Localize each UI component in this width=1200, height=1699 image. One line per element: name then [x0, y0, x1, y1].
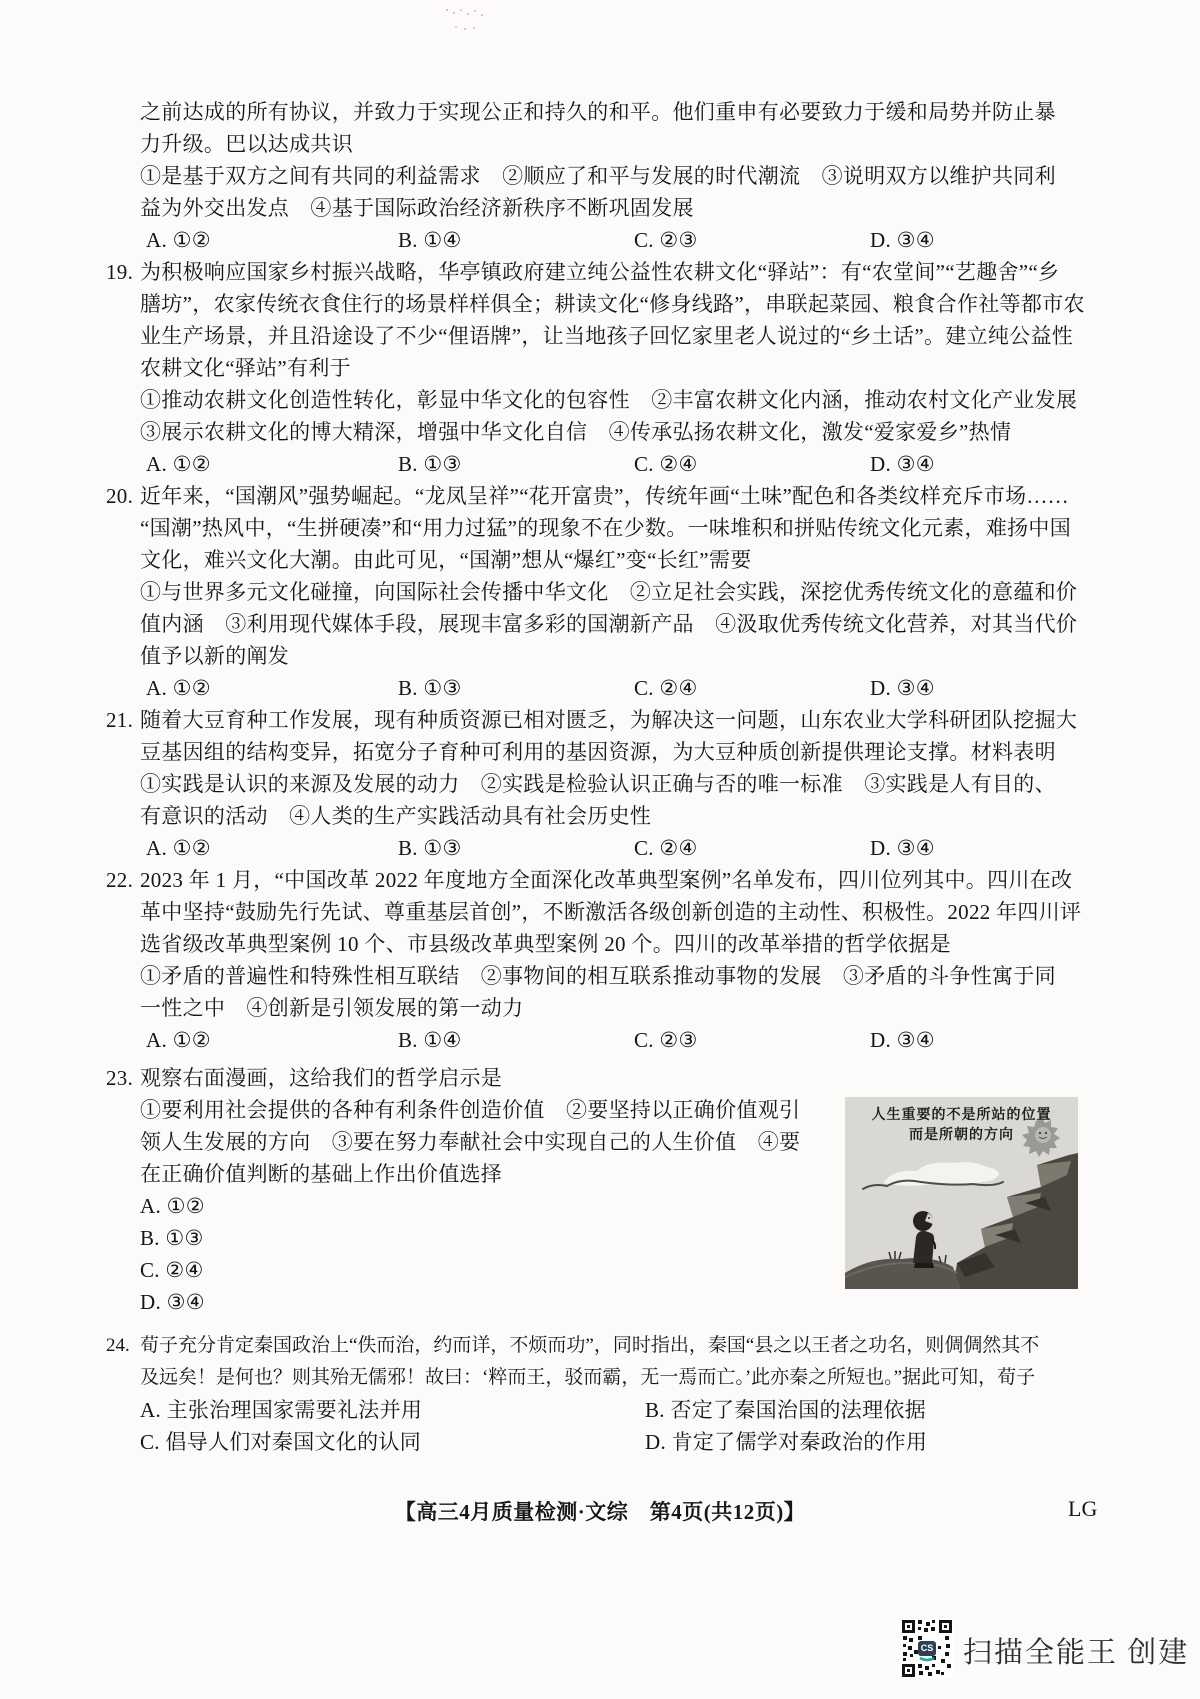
q21-line-3: ①实践是认识的来源及发展的动力 ②实践是检验认识正确与否的唯一标准 ③实践是人有…: [0, 768, 1200, 800]
q19-options-row: A. ①② B. ①③ C. ②④ D. ③④: [0, 448, 1200, 480]
q20-line-6: 值予以新的阐发: [0, 640, 1200, 672]
q22-option-b: B. ①④: [398, 1024, 462, 1056]
q24-option-a: A. 主张治理国家需要礼法并用: [140, 1394, 422, 1426]
q18-option-b: B. ①④: [398, 224, 462, 256]
q24-option-c: C. 倡导人们对秦国文化的认同: [140, 1426, 421, 1458]
q22-option-d: D. ③④: [870, 1024, 935, 1056]
q22-line-2: 革中坚持“鼓励先行先试、尊重基层首创”，不断激活各级创新创造的主动性、积极性。2…: [0, 896, 1200, 928]
q24-options-row-2: C. 倡导人们对秦国文化的认同 D. 肯定了儒学对秦政治的作用: [0, 1426, 1200, 1458]
q21-number: 21.: [106, 704, 140, 736]
q19-line-1: 为积极响应国家乡村振兴战略，华亭镇政府建立纯公益性农耕文化“驿站”：有“农堂间”…: [140, 260, 1059, 284]
q21-option-d: D. ③④: [870, 832, 935, 864]
q20-option-a: A. ①②: [146, 672, 211, 704]
page-footer: 【高三4月质量检测·文综 第4页(共12页)】: [0, 1496, 1200, 1526]
q18-line-1: 之前达成的所有协议，并致力于实现公正和持久的和平。他们重申有必要致力于缓和局势并…: [0, 96, 1200, 128]
q21-option-a: A. ①②: [146, 832, 211, 864]
q21-start-line: 21.随着大豆育种工作发展，现有种质资源已相对匮乏，为解决这一问题，山东农业大学…: [0, 704, 1200, 736]
q20-option-c: C. ②④: [634, 672, 698, 704]
q20-start-line: 20.近年来，“国潮风”强势崛起。“龙凤呈祥”“花开富贵”，传统年画“土味”配色…: [0, 480, 1200, 512]
q18-option-a: A. ①②: [146, 224, 211, 256]
logo-text: CS: [921, 1643, 934, 1653]
q21-line-2: 豆基因组的结构变异，拓宽分子育种可利用的基因资源，为大豆种质创新提供理论支撑。材…: [0, 736, 1200, 768]
q19-line-6: ③展示农耕文化的博大精深，增强中华文化自信 ④传承弘扬农耕文化，激发“爱家爱乡”…: [0, 416, 1200, 448]
q23-option-d: D. ③④: [0, 1286, 1200, 1318]
q19-start-line: 19.为积极响应国家乡村振兴战略，华亭镇政府建立纯公益性农耕文化“驿站”：有“农…: [0, 256, 1200, 288]
q22-options-row: A. ①② B. ①④ C. ②③ D. ③④: [0, 1024, 1200, 1056]
q24-line-1: 荀子充分肯定秦国政治上“佚而治，约而详，不烦而功”，同时指出，秦国“县之以王者之…: [140, 1335, 1039, 1356]
q18-line-3: ①是基于双方之间有共同的利益需求 ②顺应了和平与发展的时代潮流 ③说明双方以维护…: [0, 160, 1200, 192]
q22-number: 22.: [106, 864, 140, 896]
q20-number: 20.: [106, 480, 140, 512]
q22-line-5: 一性之中 ④创新是引领发展的第一动力: [0, 992, 1200, 1024]
q24-option-d: D. 肯定了儒学对秦政治的作用: [645, 1426, 927, 1458]
q23-stem: 观察右面漫画，这给我们的哲学启示是: [140, 1066, 502, 1090]
q20-options-row: A. ①② B. ①③ C. ②④ D. ③④: [0, 672, 1200, 704]
q22-option-c: C. ②③: [634, 1024, 698, 1056]
person-figure: [913, 1211, 935, 1268]
q20-line-4: ①与世界多元文化碰撞，向国际社会传播中华文化 ②立足社会实践，深挖优秀传统文化的…: [0, 576, 1200, 608]
q20-line-1: 近年来，“国潮风”强势崛起。“龙凤呈祥”“花开富贵”，传统年画“土味”配色和各类…: [140, 484, 1069, 508]
scan-noise-specks: [446, 9, 448, 11]
q20-line-5: 值内涵 ③利用现代媒体手段，展现丰富多彩的国潮新产品 ④汲取优秀传统文化营养，对…: [0, 608, 1200, 640]
scanner-watermark-label: 扫描全能王 创建: [963, 1630, 1189, 1671]
q22-line-4: ①矛盾的普遍性和特殊性相互联结 ②事物间的相互联系推动事物的发展 ③矛盾的斗争性…: [0, 960, 1200, 992]
q20-line-3: 文化，难兴文化大潮。由此可见，“国潮”想从“爆红”变“长红”需要: [0, 544, 1200, 576]
q19-option-b: B. ①③: [398, 448, 462, 480]
spacer: [0, 1318, 1200, 1330]
q19-line-5: ①推动农耕文化创造性转化，彰显中华文化的包容性 ②丰富农耕文化内涵，推动农村文化…: [0, 384, 1200, 416]
q21-option-b: B. ①③: [398, 832, 462, 864]
q21-option-c: C. ②④: [634, 832, 698, 864]
q24-options-row-1: A. 主张治理国家需要礼法并用 B. 否定了秦国治国的法理依据: [0, 1394, 1200, 1426]
q24-line-2: 及远矣！是何也？则其殆无儒邪！故曰：‘粹而王，驳而霸，无一焉而亡。’此亦秦之所短…: [0, 1362, 1200, 1394]
q24-start-line: 24.荀子充分肯定秦国政治上“佚而治，约而详，不烦而功”，同时指出，秦国“县之以…: [0, 1330, 1200, 1362]
cartoon-caption-line-2: 而是所朝的方向: [845, 1124, 1078, 1144]
q19-number: 19.: [106, 256, 140, 288]
cartoon-caption-line-1: 人生重要的不是所站的位置: [845, 1104, 1078, 1124]
qr-code: CS: [901, 1619, 953, 1678]
q18-line-2: 力升级。巴以达成共识: [0, 128, 1200, 160]
q23-number: 23.: [106, 1062, 140, 1094]
q21-options-row: A. ①② B. ①③ C. ②④ D. ③④: [0, 832, 1200, 864]
q18-option-c: C. ②③: [634, 224, 698, 256]
footer-code: LG: [1068, 1496, 1097, 1522]
q23-cartoon-panel: 人生重要的不是所站的位置 而是所朝的方向: [845, 1097, 1078, 1289]
q24-number: 24.: [106, 1330, 140, 1362]
q22-option-a: A. ①②: [146, 1024, 211, 1056]
q19-line-3: 业生产场景，并且沿途设了不少“俚语牌”，让当地孩子回忆家里老人说过的“乡土话”。…: [0, 320, 1200, 352]
q19-line-2: 膳坊”，农家传统衣食住行的场景样样俱全；耕读文化“修身线路”，串联起菜园、粮食合…: [0, 288, 1200, 320]
q22-start-line: 22.2023 年 1 月，“中国改革 2022 年度地方全面深化改革典型案例”…: [0, 864, 1200, 896]
q20-option-b: B. ①③: [398, 672, 462, 704]
q20-option-d: D. ③④: [870, 672, 935, 704]
q22-line-1: 2023 年 1 月，“中国改革 2022 年度地方全面深化改革典型案例”名单发…: [140, 868, 1072, 892]
q19-line-4: 农耕文化“驿站”有利于: [0, 352, 1200, 384]
q23-start-line: 23.观察右面漫画，这给我们的哲学启示是: [0, 1062, 1200, 1094]
q19-option-a: A. ①②: [146, 448, 211, 480]
exam-page: 之前达成的所有协议，并致力于实现公正和持久的和平。他们重申有必要致力于缓和局势并…: [0, 0, 1200, 1699]
q22-line-3: 选省级改革典型案例 10 个、市县级改革典型案例 20 个。四川的改革举措的哲学…: [0, 928, 1200, 960]
q18-line-4: 益为外交出发点 ④基于国际政治经济新秩序不断巩固发展: [0, 192, 1200, 224]
q18-option-d: D. ③④: [870, 224, 935, 256]
q20-line-2: “国潮”热风中，“生拼硬凑”和“用力过猛”的现象不在少数。一味堆积和拼贴传统文化…: [0, 512, 1200, 544]
q21-line-4: 有意识的活动 ④人类的生产实践活动具有社会历史性: [0, 800, 1200, 832]
q18-options-row: A. ①② B. ①④ C. ②③ D. ③④: [0, 224, 1200, 256]
q21-line-1: 随着大豆育种工作发展，现有种质资源已相对匮乏，为解决这一问题，山东农业大学科研团…: [140, 708, 1077, 732]
q24-option-b: B. 否定了秦国治国的法理依据: [645, 1394, 926, 1426]
q19-option-d: D. ③④: [870, 448, 935, 480]
q19-option-c: C. ②④: [634, 448, 698, 480]
